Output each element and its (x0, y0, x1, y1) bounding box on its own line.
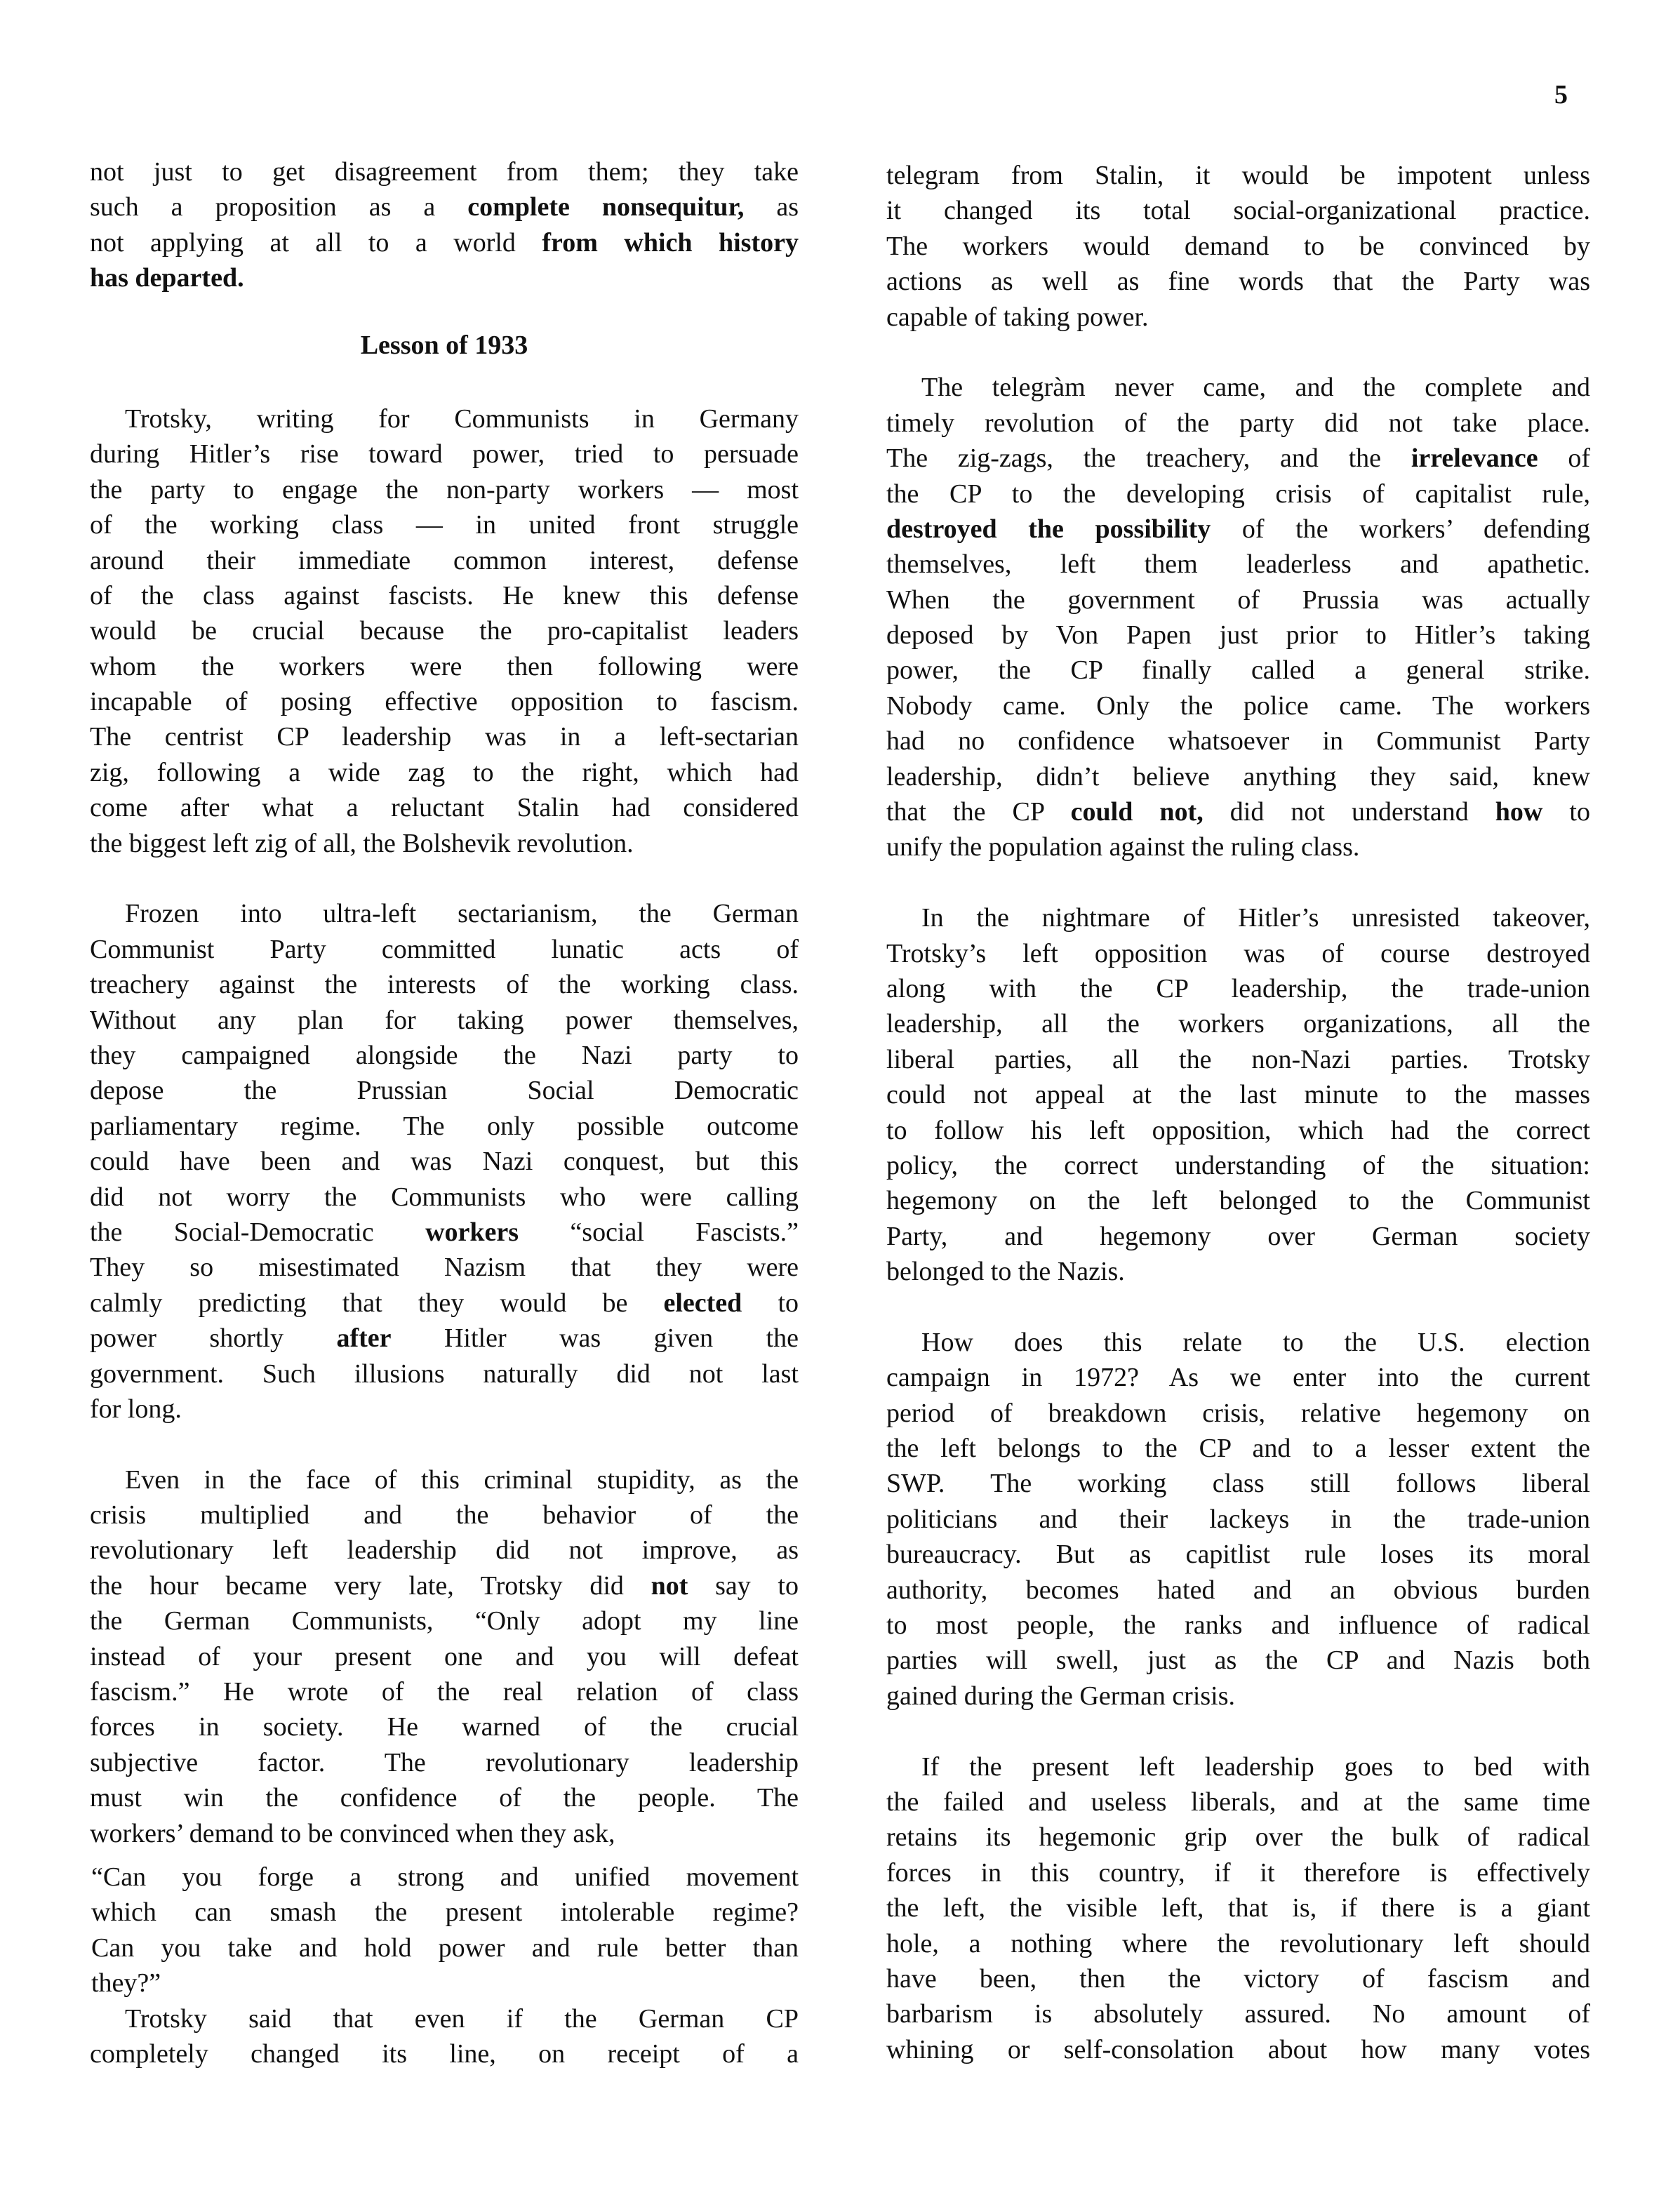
text: to (742, 1288, 799, 1318)
text: Frozen into ultra-left sectarianism, the… (125, 899, 799, 928)
text-line: treachery against the interests of the w… (90, 967, 799, 1002)
text-line: along with the CP leadership, the trade-… (886, 971, 1590, 1006)
text-line: period of breakdown crisis, relative heg… (886, 1396, 1590, 1431)
block-gap (90, 296, 799, 328)
text: government. Such illusions naturally did… (90, 1359, 799, 1389)
text: of the class against fascists. He knew t… (90, 581, 799, 610)
text: of the working class — in united front s… (90, 510, 799, 540)
text: leadership, didn’t believe anything they… (886, 762, 1590, 792)
text: around their immediate common interest, … (90, 546, 799, 575)
text: Nobody came. Only the police came. The w… (886, 691, 1590, 721)
text-line: Trotsky said that even if the German CP (90, 2001, 799, 2036)
text: they?” (91, 1968, 161, 1998)
text: policy, the correct understanding of the… (886, 1151, 1590, 1180)
text: did not understand (1204, 797, 1495, 827)
text-line: the biggest left zig of all, the Bolshev… (90, 826, 799, 861)
text: The zig-zags, the treachery, and the (886, 443, 1411, 473)
text-line: the hour became very late, Trotsky did n… (90, 1568, 799, 1603)
text: instead of your present one and you will… (90, 1642, 799, 1671)
text: to most people, the ranks and influence … (886, 1610, 1590, 1640)
text: campaign in 1972? As we enter into the c… (886, 1363, 1590, 1392)
paragraph: not just to get disagreement from them; … (90, 154, 799, 296)
text-line: They so misestimated Nazism that they we… (90, 1250, 799, 1285)
text: Trotsky, writing for Communists in Germa… (125, 404, 799, 434)
text-line: belonged to the Nazis. (886, 1254, 1590, 1289)
text-line: capable of taking power. (886, 300, 1590, 335)
text-line: forces in this country, if it therefore … (886, 1855, 1590, 1890)
block-quote: “Can you forge a strong and unified move… (90, 1860, 799, 2001)
text-line: The centrist CP leadership was in a left… (90, 719, 799, 754)
text: timely revolution of the party did not t… (886, 408, 1590, 438)
text-line: How does this relate to the U.S. electio… (886, 1325, 1590, 1360)
text-line: unify the population against the ruling … (886, 829, 1590, 865)
text-line: not applying at all to a world from whic… (90, 225, 799, 260)
text: the biggest left zig of all, the Bolshev… (90, 829, 634, 858)
text-line: for long. (90, 1392, 799, 1427)
left-column: not just to get disagreement from them; … (90, 154, 799, 2071)
text: belonged to the Nazis. (886, 1257, 1125, 1286)
text-line: crisis multiplied and the behavior of th… (90, 1497, 799, 1533)
text: period of breakdown crisis, relative heg… (886, 1399, 1590, 1428)
text-line: not just to get disagreement from them; … (90, 154, 799, 189)
text: Party, and hegemony over German society (886, 1222, 1590, 1251)
text-line: around their immediate common interest, … (90, 543, 799, 578)
text: Hitler was given the (392, 1323, 799, 1353)
text-line: workers’ demand to be convinced when the… (90, 1816, 799, 1851)
text: actions as well as fine words that the P… (886, 267, 1590, 296)
paragraph: In the nightmare of Hitler’s unresisted … (886, 900, 1590, 1289)
text: the CP to the developing crisis of capit… (886, 479, 1590, 509)
text: not just to get disagreement from them; … (90, 157, 799, 187)
text-line: The workers would demand to be convinced… (886, 229, 1590, 264)
text: the Social-Democratic (90, 1217, 425, 1247)
text: have been, then the victory of fascism a… (886, 1964, 1590, 1994)
text: The telegràm never came, and the complet… (921, 373, 1590, 402)
text: power, the CP finally called a general s… (886, 655, 1590, 685)
text: forces in society. He warned of the cruc… (90, 1712, 799, 1742)
text-line: fascism.” He wrote of the real relation … (90, 1674, 799, 1709)
text-line: Can you take and hold power and rule bet… (90, 1930, 799, 1966)
text: must win the confidence of the people. T… (90, 1783, 799, 1813)
text-line: The telegràm never came, and the complet… (886, 370, 1590, 405)
text: Communist Party committed lunatic acts o… (90, 935, 799, 964)
text-line: In the nightmare of Hitler’s unresisted … (886, 900, 1590, 935)
bold-text: not (651, 1571, 688, 1601)
text-line: hole, a nothing where the revolutionary … (886, 1926, 1590, 1961)
text-line: zig, following a wide zag to the right, … (90, 755, 799, 790)
text: How does this relate to the U.S. electio… (921, 1328, 1590, 1357)
text: SWP. The working class still follows lib… (886, 1469, 1590, 1498)
paragraph: Trotsky, writing for Communists in Germa… (90, 401, 799, 861)
bold-text: how (1495, 797, 1543, 827)
bold-text: irrelevance (1411, 443, 1538, 473)
text-line: “Can you forge a strong and unified move… (90, 1860, 799, 1895)
text: not applying at all to a world (90, 228, 542, 258)
text: capable of taking power. (886, 302, 1149, 332)
text: telegram from Stalin, it would be impote… (886, 161, 1590, 190)
text: In the nightmare of Hitler’s unresisted … (921, 903, 1590, 933)
text: retains its hegemonic grip over the bulk… (886, 1822, 1590, 1852)
text: “social Fascists.” (519, 1217, 799, 1247)
bold-text: complete nonsequitur, (467, 192, 744, 222)
text: Can you take and hold power and rule bet… (91, 1933, 799, 1963)
text: unify the population against the ruling … (886, 832, 1359, 862)
text: say to (688, 1571, 799, 1601)
bold-text: from which history (542, 228, 799, 258)
text: during Hitler’s rise toward power, tried… (90, 439, 799, 469)
text-line: has departed. (90, 260, 799, 295)
text-line: Without any plan for taking power themse… (90, 1003, 799, 1038)
text: of (1538, 443, 1590, 473)
text: the failed and useless liberals, and at … (886, 1787, 1590, 1817)
text: They so misestimated Nazism that they we… (90, 1253, 799, 1282)
text: hole, a nothing where the revolutionary … (886, 1929, 1590, 1959)
text: gained during the German crisis. (886, 1681, 1235, 1711)
text-line: Frozen into ultra-left sectarianism, the… (90, 896, 799, 931)
text: whom the workers were then following wer… (90, 652, 799, 681)
block-gap (90, 861, 799, 896)
text: zig, following a wide zag to the right, … (90, 758, 799, 787)
text-line: deposed by Von Papen just prior to Hitle… (886, 618, 1590, 653)
paragraph: If the present left leadership goes to b… (886, 1749, 1590, 2068)
text-line: barbarism is absolutely assured. No amou… (886, 1996, 1590, 2031)
text: hegemony on the left belonged to the Com… (886, 1186, 1590, 1215)
text-line: the left, the visible left, that is, if … (886, 1890, 1590, 1926)
text: come after what a reluctant Stalin had c… (90, 793, 799, 822)
text-line: have been, then the victory of fascism a… (886, 1961, 1590, 1996)
text-line: could have been and was Nazi conquest, b… (90, 1144, 799, 1179)
text-line: The zig-zags, the treachery, and the irr… (886, 441, 1590, 476)
paragraph: Even in the face of this criminal stupid… (90, 1462, 799, 1851)
text: did not worry the Communists who were ca… (90, 1182, 799, 1212)
text: treachery against the interests of the w… (90, 970, 799, 999)
text-line: leadership, all the workers organization… (886, 1006, 1590, 1041)
paragraph: How does this relate to the U.S. electio… (886, 1325, 1590, 1714)
text: the German Communists, “Only adopt my li… (90, 1606, 799, 1636)
text: depose the Prussian Social Democratic (90, 1076, 799, 1105)
text: such a proposition as a (90, 192, 467, 222)
text-line: Communist Party committed lunatic acts o… (90, 932, 799, 967)
text: to (1542, 797, 1590, 827)
text: forces in this country, if it therefore … (886, 1858, 1590, 1888)
right-column: telegram from Stalin, it would be impote… (886, 158, 1590, 2067)
text-line: to most people, the ranks and influence … (886, 1608, 1590, 1643)
text-line: the left belongs to the CP and to a less… (886, 1431, 1590, 1466)
text: the hour became very late, Trotsky did (90, 1571, 651, 1601)
text: they campaigned alongside the Nazi party… (90, 1041, 799, 1070)
text-line: SWP. The working class still follows lib… (886, 1466, 1590, 1501)
text-line: campaign in 1972? As we enter into the c… (886, 1360, 1590, 1395)
text: The workers would demand to be convinced… (886, 232, 1590, 261)
text-line: power shortly after Hitler was given the (90, 1321, 799, 1356)
text: could not appeal at the last minute to t… (886, 1080, 1590, 1109)
text-line: the failed and useless liberals, and at … (886, 1784, 1590, 1820)
text-line: could not appeal at the last minute to t… (886, 1077, 1590, 1112)
text-line: incapable of posing effective opposition… (90, 684, 799, 719)
text: which can smash the present intolerable … (91, 1897, 799, 1927)
text: parties will swell, just as the CP and N… (886, 1646, 1590, 1675)
text-line: retains its hegemonic grip over the bulk… (886, 1820, 1590, 1855)
text-line: depose the Prussian Social Democratic (90, 1073, 799, 1108)
text: politicians and their lackeys in the tra… (886, 1504, 1590, 1534)
text: incapable of posing effective opposition… (90, 687, 799, 716)
text: Trotsky’s left opposition was of course … (886, 939, 1590, 968)
text: the left, the visible left, that is, if … (886, 1893, 1590, 1923)
block-gap (886, 865, 1590, 900)
text-line: revolutionary left leadership did not im… (90, 1533, 799, 1568)
block-gap (886, 1714, 1590, 1749)
paragraph: The telegràm never came, and the complet… (886, 370, 1590, 865)
text: had no confidence whatsoever in Communis… (886, 726, 1590, 756)
section-heading: Lesson of 1933 (90, 328, 799, 363)
text-line: must win the confidence of the people. T… (90, 1780, 799, 1815)
text: whining or self-consolation about how ma… (886, 2035, 1590, 2064)
text: for long. (90, 1394, 182, 1424)
text: “Can you forge a strong and unified move… (91, 1862, 799, 1892)
text: that the CP (886, 797, 1071, 827)
text: the left belongs to the CP and to a less… (886, 1434, 1590, 1463)
bold-text: has departed. (90, 263, 244, 293)
bold-text: workers (425, 1217, 519, 1247)
text: to follow his left opposition, which had… (886, 1116, 1590, 1145)
text-line: leadership, didn’t believe anything they… (886, 759, 1590, 794)
text: the party to engage the non-party worker… (90, 475, 799, 505)
text: leadership, all the workers organization… (886, 1009, 1590, 1039)
text-line: When the government of Prussia was actua… (886, 582, 1590, 618)
text-line: forces in society. He warned of the cruc… (90, 1709, 799, 1744)
text-line: which can smash the present intolerable … (90, 1895, 799, 1930)
text: would be crucial because the pro-capital… (90, 616, 799, 646)
paragraph: Trotsky said that even if the German CPc… (90, 2001, 799, 2072)
text: calmly predicting that they would be (90, 1288, 664, 1318)
text-line: telegram from Stalin, it would be impote… (886, 158, 1590, 193)
text: revolutionary left leadership did not im… (90, 1535, 799, 1565)
text-line: the German Communists, “Only adopt my li… (90, 1603, 799, 1639)
text-line: authority, becomes hated and an obvious … (886, 1573, 1590, 1608)
paragraph: Frozen into ultra-left sectarianism, the… (90, 896, 799, 1427)
bold-text: elected (664, 1288, 742, 1318)
text-line: government. Such illusions naturally did… (90, 1356, 799, 1392)
text-line: instead of your present one and you will… (90, 1639, 799, 1674)
text: workers’ demand to be convinced when the… (90, 1819, 615, 1848)
bold-text: destroyed the possibility (886, 514, 1211, 544)
text-line: the CP to the developing crisis of capit… (886, 476, 1590, 512)
text-line: politicians and their lackeys in the tra… (886, 1502, 1590, 1537)
text: it changed its total social-organization… (886, 196, 1590, 225)
text-line: of the class against fascists. He knew t… (90, 578, 799, 613)
text: liberal parties, all the non-Nazi partie… (886, 1045, 1590, 1074)
text-line: parliamentary regime. The only possible … (90, 1109, 799, 1144)
text: authority, becomes hated and an obvious … (886, 1575, 1590, 1605)
text-line: themselves, left them leaderless and apa… (886, 547, 1590, 582)
text-line: actions as well as fine words that the P… (886, 264, 1590, 299)
text-line: such a proposition as a complete nonsequ… (90, 189, 799, 225)
text-line: power, the CP finally called a general s… (886, 653, 1590, 688)
text: completely changed its line, on receipt … (90, 2039, 799, 2069)
text-line: If the present left leadership goes to b… (886, 1749, 1590, 1784)
text-line: hegemony on the left belonged to the Com… (886, 1183, 1590, 1218)
text-line: Trotsky, writing for Communists in Germa… (90, 401, 799, 436)
text-line: had no confidence whatsoever in Communis… (886, 723, 1590, 759)
text: deposed by Von Papen just prior to Hitle… (886, 620, 1590, 650)
text: If the present left leadership goes to b… (921, 1752, 1590, 1782)
text: themselves, left them leaderless and apa… (886, 549, 1590, 579)
text-line: bureaucracy. But as capitlist rule loses… (886, 1537, 1590, 1572)
text-line: to follow his left opposition, which had… (886, 1113, 1590, 1148)
block-gap (886, 1290, 1590, 1325)
text-line: completely changed its line, on receipt … (90, 2036, 799, 2071)
block-gap (886, 335, 1590, 370)
text: crisis multiplied and the behavior of th… (90, 1500, 799, 1530)
text: Trotsky said that even if the German CP (125, 2004, 799, 2034)
text: The centrist CP leadership was in a left… (90, 722, 799, 752)
text-line: policy, the correct understanding of the… (886, 1148, 1590, 1183)
text-line: Nobody came. Only the police came. The w… (886, 688, 1590, 723)
text: power shortly (90, 1323, 336, 1353)
text: bureaucracy. But as capitlist rule loses… (886, 1540, 1590, 1569)
text: subjective factor. The revolutionary lea… (90, 1748, 799, 1777)
text-line: Party, and hegemony over German society (886, 1219, 1590, 1254)
text-line: destroyed the possibility of the workers… (886, 512, 1590, 547)
text-line: liberal parties, all the non-Nazi partie… (886, 1042, 1590, 1077)
text-line: that the CP could not, did not understan… (886, 794, 1590, 829)
bold-text: after (336, 1323, 391, 1353)
paragraph: telegram from Stalin, it would be impote… (886, 158, 1590, 335)
text: Without any plan for taking power themse… (90, 1006, 799, 1035)
text-line: during Hitler’s rise toward power, tried… (90, 436, 799, 472)
text-line: Trotsky’s left opposition was of course … (886, 936, 1590, 971)
text-line: of the working class — in united front s… (90, 507, 799, 542)
text: fascism.” He wrote of the real relation … (90, 1677, 799, 1707)
text-line: gained during the German crisis. (886, 1679, 1590, 1714)
block-gap (90, 363, 799, 401)
text-line: come after what a reluctant Stalin had c… (90, 790, 799, 825)
page-number: 5 (1554, 81, 1568, 108)
text-line: timely revolution of the party did not t… (886, 406, 1590, 441)
text-line: calmly predicting that they would be ele… (90, 1286, 799, 1321)
text-line: whining or self-consolation about how ma… (886, 2032, 1590, 2067)
text: along with the CP leadership, the trade-… (886, 974, 1590, 1003)
text: barbarism is absolutely assured. No amou… (886, 1999, 1590, 2029)
block-gap (90, 1427, 799, 1462)
text-line: they campaigned alongside the Nazi party… (90, 1038, 799, 1073)
text: of the workers’ defending (1211, 514, 1590, 544)
text: When the government of Prussia was actua… (886, 585, 1590, 615)
bold-text: could not, (1071, 797, 1204, 827)
text-line: parties will swell, just as the CP and N… (886, 1643, 1590, 1678)
text-line: the Social-Democratic workers “social Fa… (90, 1215, 799, 1250)
text-line: it changed its total social-organization… (886, 193, 1590, 228)
text-line: did not worry the Communists who were ca… (90, 1180, 799, 1215)
text-line: subjective factor. The revolutionary lea… (90, 1745, 799, 1780)
text-line: Even in the face of this criminal stupid… (90, 1462, 799, 1497)
text-line: they?” (90, 1966, 799, 2001)
text-line: the party to engage the non-party worker… (90, 472, 799, 507)
text: parliamentary regime. The only possible … (90, 1112, 799, 1141)
text-line: would be crucial because the pro-capital… (90, 613, 799, 648)
text-line: whom the workers were then following wer… (90, 649, 799, 684)
block-gap (90, 1851, 799, 1860)
text: could have been and was Nazi conquest, b… (90, 1147, 799, 1176)
text: Even in the face of this criminal stupid… (125, 1465, 799, 1495)
text: as (744, 192, 799, 222)
